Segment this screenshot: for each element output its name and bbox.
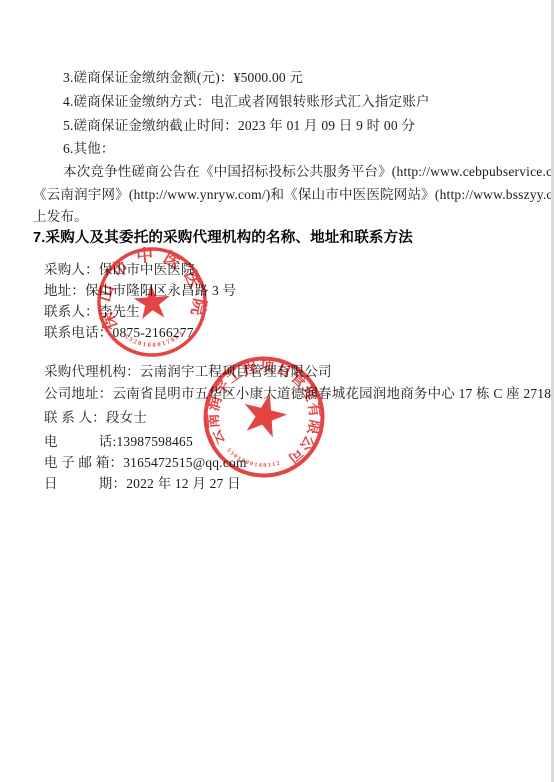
purchaser-address-line: 地址：保山市隆阳区永昌路 3 号 [44,283,236,299]
agency-seal-stamp: 云南润宇工程项目管理有限公司 5301000148312 [185,338,343,496]
section7-heading: 7.采购人及其委托的采购代理机构的名称、地址和联系方法 [33,230,413,246]
document-page: 3.磋商保证金缴纳金额(元)：¥5000.00 元 4.磋商保证金缴纳方式：电汇… [0,0,554,782]
deposit-other-line: 6.其他： [63,141,115,157]
agency-email-line: 电 子 邮 箱：3165472515@qq.com [44,455,247,471]
announcement-line-1: 本次竞争性磋商公告在《中国招标投标公共服务平台》(http://www.cebp… [63,164,554,180]
purchaser-name-line: 采购人：保山市中医医院 [44,262,195,278]
agency-org-line: 采购代理机构：云南润宇工程项目管理有限公司 [44,364,332,380]
deposit-deadline-line: 5.磋商保证金缴纳截止时间：2023 年 01 月 09 日 9 时 00 分 [63,118,415,134]
agency-contact-line: 联 系 人：段女士 [44,410,147,426]
purchaser-phone-line: 联系电话：0875-2166277 [44,325,194,341]
agency-address-line: 公司地址：云南省昆明市五华区小康大道德润春城花园润地商务中心 17 栋 C 座 … [44,386,554,402]
deposit-method-line: 4.磋商保证金缴纳方式：电汇或者网银转账形式汇入指定账户 [63,94,430,110]
announcement-line-2: 《云南润宇网》(http://www.ynryw.com/)和《保山市中医医院网… [33,187,554,203]
announcement-line-3: 上发布。 [33,209,88,225]
deposit-amount-line: 3.磋商保证金缴纳金额(元)：¥5000.00 元 [63,70,303,86]
purchaser-contact-line: 联系人：李先生 [44,304,140,320]
agency-date-line: 日 期：2022 年 12 月 27 日 [44,476,241,492]
hospital-seal-stamp: 保山市中医医院 5320100017863 [88,238,216,366]
agency-phone-line: 电 话:13987598465 [44,434,193,450]
